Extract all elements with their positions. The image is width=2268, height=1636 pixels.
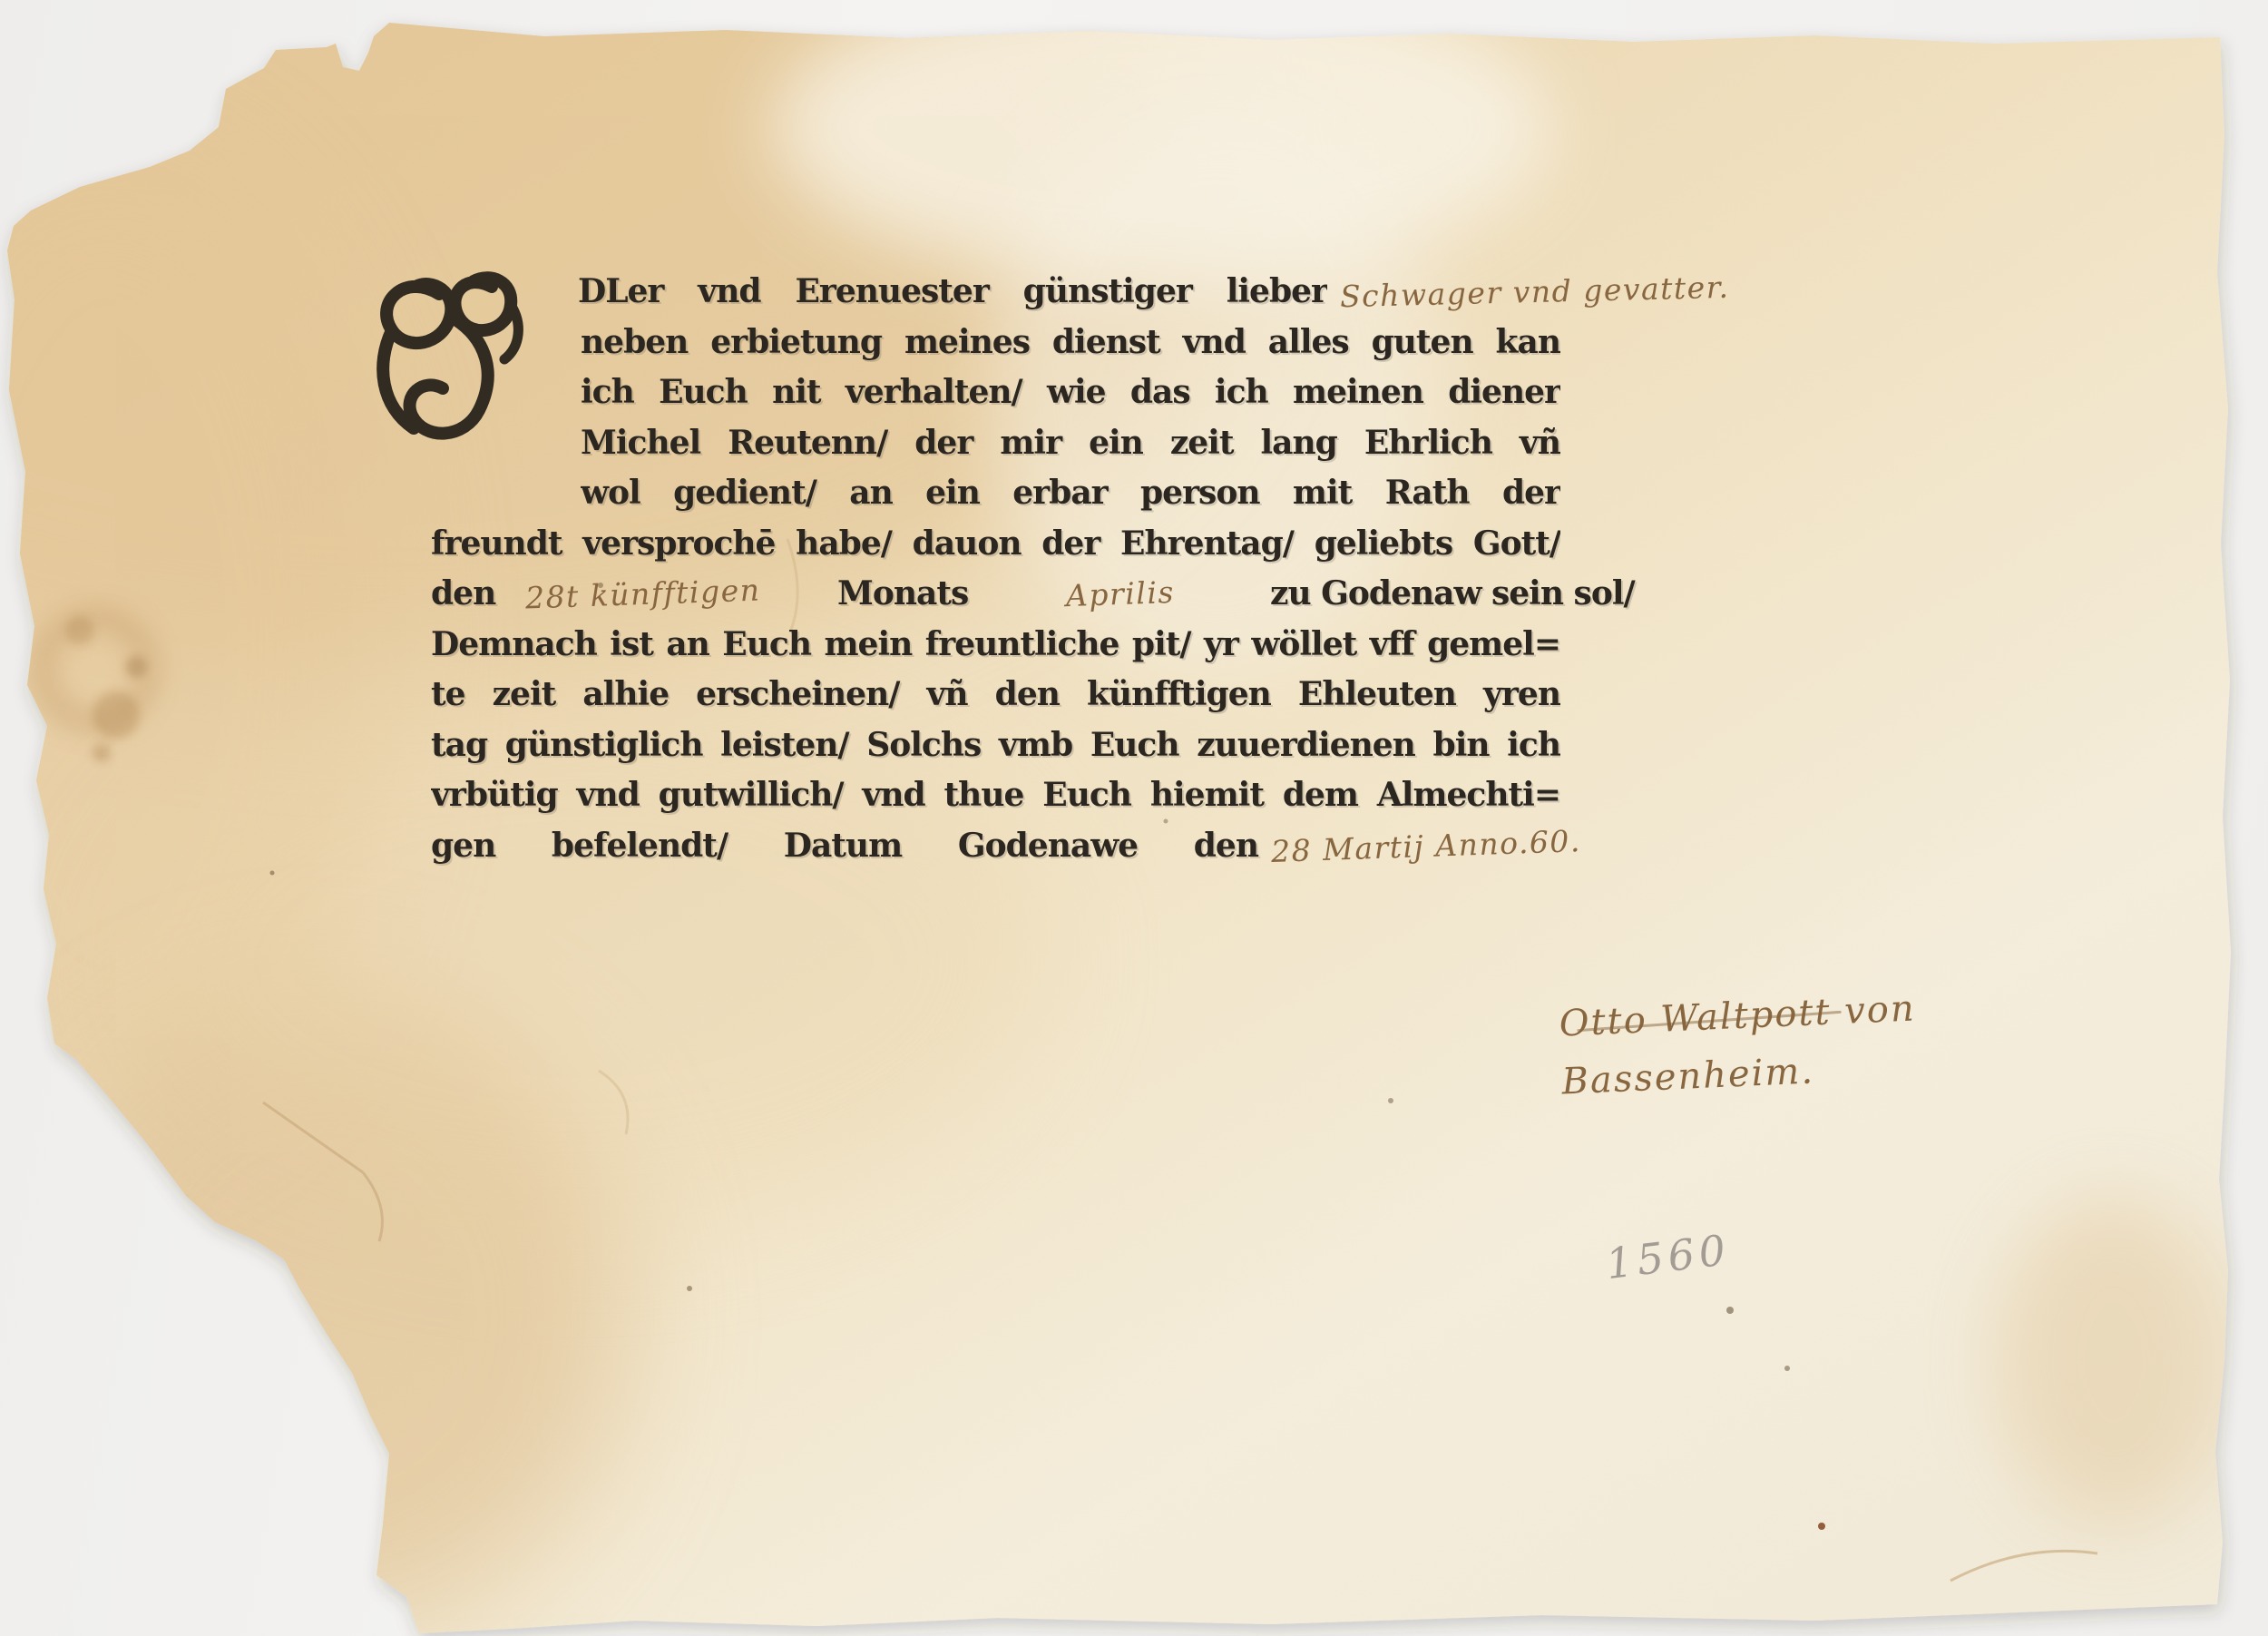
printed-line-8: Demnach ist an Euch mein freuntliche pit… bbox=[431, 620, 1560, 671]
printed-datum-phrase: gen befelendt/ Datum Godenawe den bbox=[431, 821, 1258, 872]
handwritten-month-insertion: Aprilis bbox=[1065, 567, 1176, 622]
handwritten-date-insertion: 28 Martij Anno.60. bbox=[1270, 816, 1582, 877]
printed-line-11: vrbütig vnd gutwillich/ vnd thue Euch hi… bbox=[431, 770, 1560, 821]
printed-line-2: neben erbietung meines dienst vnd alles … bbox=[581, 318, 1560, 368]
printed-word-monats: Monats bbox=[837, 569, 968, 620]
printed-place-phrase: zu Godenaw sein sol/ bbox=[1270, 569, 1635, 620]
printed-line-4: Michel Reutenn/ der mir ein zeit lang Eh… bbox=[581, 418, 1560, 469]
handwritten-day-insertion: 28t künfftigen bbox=[524, 564, 761, 623]
handwritten-salutation: Schwager vnd gevatter. bbox=[1339, 265, 1729, 319]
photograph-of-historical-letter: DLer vnd Erenuester günstiger lieber neb… bbox=[0, 0, 2268, 1636]
printed-line-1: DLer vnd Erenuester günstiger lieber bbox=[578, 267, 1327, 318]
printed-line-7: den 28t künfftigen Monats Aprilis zu God… bbox=[431, 569, 1560, 620]
printed-line-12: gen befelendt/ Datum Godenawe den28 Mart… bbox=[431, 821, 1560, 872]
printed-line-6: freundt versprochē habe/ dauon der Ehren… bbox=[431, 519, 1560, 570]
printed-letter-body: DLer vnd Erenuester günstiger lieber neb… bbox=[431, 267, 1560, 871]
printed-word-den: den bbox=[431, 569, 495, 620]
printed-line-5: wol gedient/ an ein erbar person mit Rat… bbox=[581, 468, 1560, 519]
printed-line-9: te zeit alhie erscheinen/ vñ den künffti… bbox=[431, 670, 1560, 720]
signature: Otto Waltpott von Bassenheim. bbox=[1558, 979, 1919, 1111]
printed-line-10: tag günstiglich leisten/ Solchs vmb Euch… bbox=[431, 720, 1560, 771]
printed-line-3: ich Euch nit verhalten/ wie das ich mein… bbox=[581, 367, 1560, 418]
